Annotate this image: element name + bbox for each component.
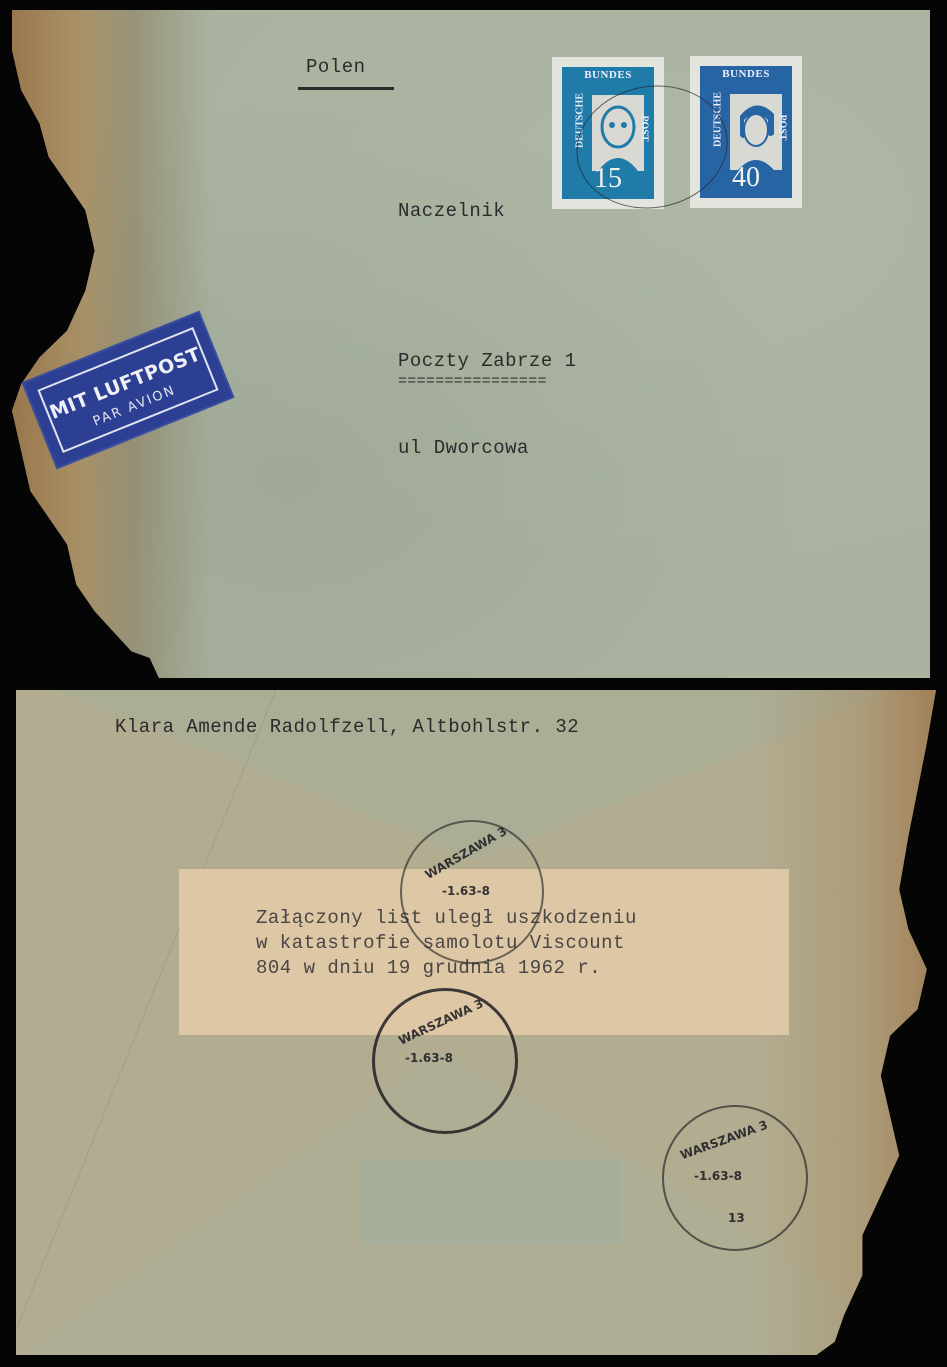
notice-line-3: 804 w dniu 19 grudnia 1962 r.: [256, 957, 601, 979]
postmark-date: -1.63-8: [405, 1051, 453, 1065]
country-line: Polen: [306, 56, 366, 78]
postmark-warszawa-middle: WARSZAWA 3 -1.63-8: [372, 988, 518, 1134]
postmark-date: -1.63-8: [694, 1169, 742, 1183]
address-double-underline: ================: [398, 373, 547, 390]
portrait-icon: [730, 94, 782, 170]
stamp-top-text: BUNDES: [700, 68, 792, 80]
address-line-1: Naczelnik: [398, 200, 505, 222]
stamp-side-text: POST: [777, 108, 788, 148]
postmark-city: WARSZAWA 3: [678, 1118, 769, 1163]
stamp-top-text: BUNDES: [562, 69, 654, 81]
postmark-code: 13: [728, 1211, 745, 1225]
postmark-warszawa-bottom: WARSZAWA 3 -1.63-8 13: [662, 1105, 808, 1251]
country-underline: [298, 87, 394, 90]
postmark-city: WARSZAWA 3: [423, 824, 510, 882]
address-line-3: ul Dworcowa: [398, 437, 529, 459]
postmark-warszawa-top: WARSZAWA 3 -1.63-8: [400, 820, 544, 964]
sender-address: Klara Amende Radolfzell, Altbohlstr. 32: [115, 716, 579, 738]
address-line-2: Poczty Zabrze 1: [398, 350, 577, 372]
postmark-city: WARSZAWA 3: [396, 996, 485, 1047]
postmark-date: -1.63-8: [442, 884, 490, 898]
